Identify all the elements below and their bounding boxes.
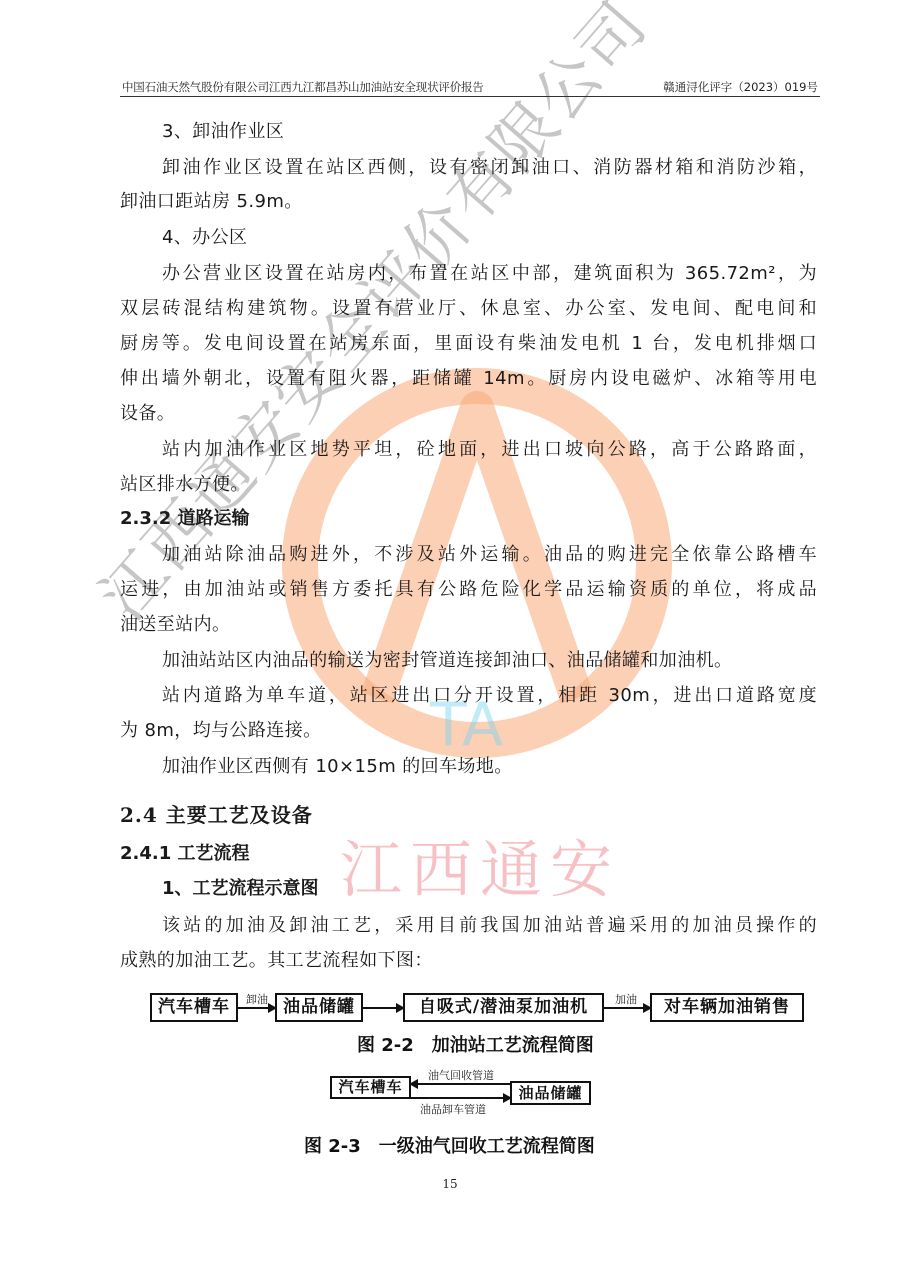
paragraph-line: 为 8m，均与公路连接。 (120, 719, 820, 743)
page-header: 中国石油天然气股份有限公司江西九江都昌苏山加油站安全现状评价报告 赣通浔化评字（… (120, 79, 820, 97)
paragraph-line: 油送至站内。 (120, 613, 820, 637)
document-page: TA 江西通安 江西通安安全评价有限公司 中国石油天然气股份有限公司江西九江都昌… (0, 0, 900, 1272)
page-number: 15 (0, 1177, 900, 1191)
arrow-right-icon (238, 1007, 275, 1009)
paragraph-line: 卸油口距站房 5.9m。 (120, 190, 820, 214)
paragraph-line: 加油站除油品购进外，不涉及站外运输。油品的购进完全依靠公路槽车 (162, 543, 817, 567)
subsection-heading-unloading: 3、卸油作业区 (162, 120, 862, 144)
arrow-right-icon (411, 1097, 510, 1099)
paragraph-line: 站内道路为单车道，站区进出口分开设置，相距 30m，进出口道路宽度 (162, 684, 817, 708)
paragraph-line: 加油作业区西侧有 10×15m 的回车场地。 (162, 755, 862, 779)
paragraph-line: 成熟的加油工艺。其工艺流程如下图： (120, 949, 820, 973)
arrow-label-unloading-pipe: 油品卸车管道 (420, 1101, 486, 1117)
arrow-label-vapor-recovery: 油气回收管道 (428, 1067, 494, 1083)
paragraph-line: 设备。 (120, 402, 820, 426)
arrow-label-unload: 卸油 (246, 991, 268, 1007)
arrow-left-icon (411, 1083, 510, 1085)
figure-2-3-caption: 图 2-3 一级油气回收工艺流程简图 (304, 1132, 595, 1158)
flow-box-storage-tank: 油品储罐 (510, 1081, 591, 1105)
section-heading-2-4: 2.4 主要工艺及设备 (120, 803, 820, 827)
paragraph-line: 加油站站区内油品的输送为密封管道连接卸油口、油品储罐和加油机。 (162, 649, 862, 673)
paragraph-line: 双层砖混结构建筑物。设置有营业厅、休息室、办公室、发电间、配电间和 (120, 297, 817, 321)
report-title: 中国石油天然气股份有限公司江西九江都昌苏山加油站安全现状评价报告 (122, 79, 484, 95)
flow-box-tanker-truck: 汽车槽车 (150, 993, 238, 1022)
paragraph-line: 站内加油作业区地势平坦，砼地面，进出口坡向公路，高于公路路面， (162, 438, 817, 462)
section-heading-2-4-1: 2.4.1 工艺流程 (120, 842, 820, 866)
paragraph-line: 办公营业区设置在站房内，布置在站区中部，建筑面积为 365.72m²，为 (162, 262, 817, 286)
paragraph-line: 运进，由加油站或销售方委托具有公路危险化学品运输资质的单位，将成品 (120, 578, 817, 602)
paragraph-line: 伸出墙外朝北，设置有阻火器，距储罐 14m。厨房内设电磁炉、冰箱等用电 (120, 367, 817, 391)
flow-box-storage-tank: 油品储罐 (275, 993, 363, 1022)
paragraph-line: 卸油作业区设置在站区西侧，设有密闭卸油口、消防器材箱和消防沙箱， (162, 156, 817, 180)
paragraph-line: 该站的加油及卸油工艺，采用目前我国加油站普遍采用的加油员操作的 (162, 914, 817, 938)
flow-box-tanker-truck: 汽车槽车 (330, 1076, 411, 1099)
figure-2-2-caption: 图 2-2 加油站工艺流程简图 (357, 1031, 594, 1057)
flow-box-vehicle-sales: 对车辆加油销售 (650, 993, 804, 1022)
paragraph-line: 站区排水方便。 (120, 473, 820, 497)
arrow-label-refuel: 加油 (615, 991, 637, 1007)
arrow-right-icon (604, 1007, 650, 1009)
section-heading-2-3-2: 2.3.2 道路运输 (120, 507, 820, 531)
arrow-right-icon (363, 1007, 403, 1009)
subsection-heading-office: 4、办公区 (162, 226, 862, 250)
item-heading-process-diagram: 1、工艺流程示意图 (162, 877, 862, 901)
document-number: 赣通浔化评字（2023）019号 (663, 79, 818, 95)
flow-box-dispenser: 自吸式/潜油泵加油机 (403, 993, 604, 1022)
paragraph-line: 厨房等。发电间设置在站房东面，里面设有柴油发电机 1 台，发电机排烟口 (120, 332, 817, 356)
